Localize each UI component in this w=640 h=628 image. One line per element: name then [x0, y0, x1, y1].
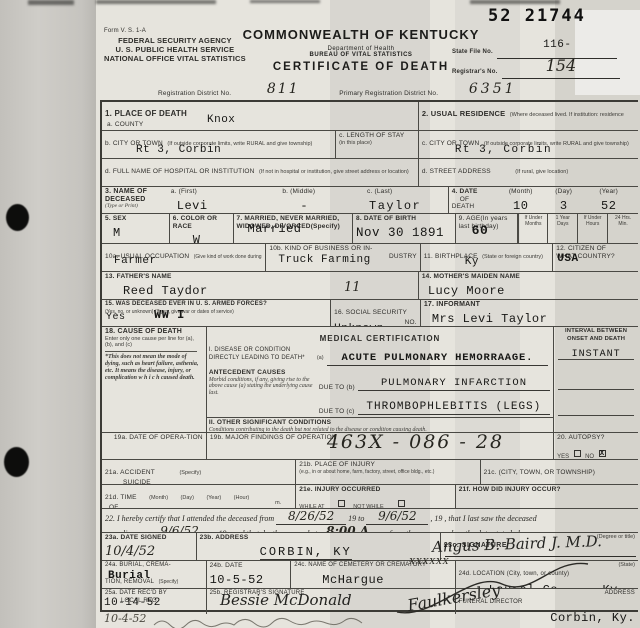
field-18-cause-of-death-sidebar: 18. CAUSE OF DEATH Enter only one cause … — [102, 327, 207, 432]
field-3c-last-name: c. (Last) Taylor — [364, 187, 449, 213]
field-13-father-name: 13. FATHER'S NAME Reed Taydor 11 — [102, 272, 419, 299]
field-21d-label-2: OF — [109, 504, 292, 508]
field-24b-date: 24b. DATE 10-5-52 — [207, 561, 292, 588]
field-14-value: Lucy Moore — [428, 284, 505, 298]
field-16-label: 16. SOCIAL SECURITY — [334, 309, 407, 316]
field-3b-label: b. (Middle) — [282, 188, 361, 196]
alive-on-blank: 9/6/52 — [147, 525, 213, 532]
field-22-text-4: alive on — [119, 529, 145, 532]
field-23b-address: 23b. ADDRESS CORBIN, KY — [197, 533, 441, 560]
field-23c-label: 23c. SIGNATURE — [444, 542, 507, 549]
field-21d-year-label: (Year) — [206, 495, 221, 501]
signature-line — [445, 556, 636, 557]
field-21d-day-label: (Day) — [181, 495, 194, 501]
form-number: Form V. S. 1-A — [104, 28, 246, 36]
field-21d-time-of-injury: 21d. TIME (Month) (Day) (Year) (Hour) OF… — [102, 485, 296, 508]
field-21a-note: (Specify) — [179, 470, 201, 476]
field-22-year-1: 19 — [348, 514, 356, 523]
certificate-header: Form V. S. 1-A FEDERAL SECURITY AGENCY U… — [96, 0, 640, 100]
agency-line-3: NATIONAL OFFICE VITAL STATISTICS — [104, 54, 246, 63]
punch-hole-top — [6, 204, 29, 231]
field-21e-label: 21e. INJURY OCCURRED — [299, 486, 451, 494]
field-24b-label: 24b. DATE — [210, 562, 288, 570]
field-13-handwritten-mark: 11 — [344, 280, 361, 295]
field-9-col4-bot: Min. — [611, 221, 635, 227]
due-to-c-label: DUE TO (c) — [319, 408, 355, 416]
field-24d-label: 24d. LOCATION (City, town, or county) — [459, 571, 570, 577]
field-4-day-value: 3 — [560, 199, 568, 213]
field-10a-occupation: 10a. USUAL OCCUPATION (Give kind of work… — [102, 244, 266, 271]
while-at-work-checkbox — [338, 500, 345, 507]
funeral-address-label: ADDRESS — [605, 590, 635, 598]
field-4-month-label: (Month) — [498, 188, 544, 196]
field-7-marital-status: 7. MARRIED, NEVER MARRIED, WIDOWED, DIVO… — [234, 214, 354, 243]
field-9-min-col: 24 Hrs. Min. — [608, 214, 638, 243]
field-9-days-col: 1 Year Days — [548, 214, 578, 243]
field-21a-accident-suicide-homicide: 21a. ACCIDENT (Specify) SUICIDE HOMICIDE — [102, 460, 296, 484]
bureau-subtitle: BUREAU OF VITAL STATISTICS — [236, 52, 486, 58]
field-19b-value: 463X - 086 - 28 — [327, 433, 504, 453]
registrar-no-value: 154 — [546, 56, 577, 75]
agency-line-2: U. S. PUBLIC HEALTH SERVICE — [104, 45, 246, 54]
illegible-handwriting — [152, 615, 382, 628]
field-22-year-2: , 19 — [430, 514, 442, 523]
field-1b-city: b. CITY OR TOWN (If outside corporate li… — [102, 131, 336, 158]
field-2-title: 2. USUAL RESIDENCE — [422, 109, 505, 118]
field-2c-value: Rt 3, Corbin — [455, 144, 552, 156]
field-4-year-label: (Year) — [584, 188, 634, 196]
field-24c-value: McHargue — [322, 573, 384, 587]
field-1c-length-of-stay: c. LENGTH OF STAY (in this place) — [336, 131, 419, 158]
primary-district-value: 6351 — [469, 81, 517, 97]
registrar-no-line: 154 — [502, 58, 620, 79]
field-4-year-value: 52 — [601, 199, 616, 213]
field-22-text-6: m., from the causes and on the date stat… — [378, 529, 535, 532]
field-23a-date-signed: 23a. DATE SIGNED 10/4/52 — [102, 533, 197, 560]
field-11-birthplace: 11. BIRTHPLACE (State or foreign country… — [421, 244, 554, 271]
field-22-text-5: , and that death occurred at — [229, 529, 318, 532]
field-20-label: 20. AUTOPSY? — [557, 434, 635, 442]
field-22-text-1: I hereby certify that I attended the dec… — [117, 514, 274, 523]
field-9-col1-bot: Months — [522, 221, 544, 227]
field-19a-label: 19a. DATE OF OPERA-TION — [105, 434, 203, 442]
field-4-label-3: DEATH — [452, 203, 498, 211]
field-3-note: (Type or Print) — [105, 203, 165, 209]
field-1a-value: Knox — [207, 114, 235, 126]
interval-line-c — [558, 415, 634, 416]
primary-district-line: 6351 — [443, 82, 543, 101]
field-24a-value: Burial — [108, 570, 151, 582]
medical-certification-main: MEDICAL CERTIFICATION I. DISEASE OR COND… — [207, 327, 554, 432]
field-1-title: 1. PLACE OF DEATH — [105, 110, 187, 118]
file-stamp-number: 52 21744 — [488, 6, 586, 26]
field-4-day-label: (Day) — [544, 188, 584, 196]
field-23c-degree-label: (Degree or title) — [597, 534, 635, 540]
field-24c-strike-mark: XXXXXX — [409, 557, 449, 566]
attended-to-value: 9/6/52 — [378, 509, 417, 523]
field-24d-state-label: (State) — [618, 562, 635, 568]
part1-label-2: DIRECTLY LEADING TO DEATH* — [209, 355, 317, 363]
scan-margin — [0, 0, 96, 628]
field-15-note: (Yes, no, or unknown) (If yes, give war … — [105, 309, 327, 315]
field-21b-place-of-injury: 21b. PLACE OF INJURY (e.g., in or about … — [296, 460, 480, 484]
attended-from-value: 8/26/52 — [288, 509, 334, 523]
field-21a-label-1: 21a. ACCIDENT — [105, 469, 175, 477]
field-9-value: 60 — [472, 223, 489, 238]
field-14-label: 14. MOTHER'S MAIDEN NAME — [422, 273, 635, 281]
field-22-number: 22. — [105, 514, 115, 523]
field-17-informant: 17. INFORMANT Mrs Levi Taylor — [421, 300, 638, 326]
autopsy-no-checkbox: X — [599, 450, 606, 457]
field-21c-injury-location: 21c. (CITY, TOWN, OR TOWNSHIP) (COUNTY) … — [481, 460, 638, 484]
field-20-autopsy: 20. AUTOPSY? YES NO X — [554, 433, 638, 459]
field-23a-value: 10/4/52 — [105, 544, 155, 559]
field-3a-value: Levi — [177, 199, 208, 213]
field-3a-label: a. (First) — [171, 188, 277, 196]
punch-hole-bottom — [4, 447, 29, 477]
field-22-text-3: , that I last saw the deceased — [444, 514, 536, 523]
registration-district-value: 811 — [267, 81, 300, 97]
field-3-title: 3. NAME OF DECEASED — [105, 188, 165, 203]
agency-line-1: FEDERAL SECURITY AGENCY — [104, 36, 246, 45]
field-7-value: Married — [248, 222, 302, 236]
field-15-label: 15. WAS DECEASED EVER IN U. S. ARMED FOR… — [105, 301, 327, 309]
attended-from-blank: 8/26/52 — [276, 510, 346, 525]
field-24a-label-1: 24a. BURIAL, CREMA- — [105, 562, 203, 570]
cause-a-value: ACUTE PULMONARY HEMORRAAGE. — [341, 352, 533, 364]
field-12-citizenship: 12. CITIZEN OF WHAT COUNTRY? USA — [553, 244, 638, 271]
field-23a-label: 23a. DATE SIGNED — [105, 534, 193, 542]
field-15-value: Yes — [106, 312, 126, 323]
autopsy-yes-checkbox — [574, 450, 581, 457]
field-21e-injury-occurred: 21e. INJURY OCCURRED WHILE AT NOT WHILE — [296, 485, 455, 508]
field-1d-note: (If not in hospital or institution, give… — [259, 169, 409, 175]
field-19a-date-of-operation: 19a. DATE OF OPERA-TION — [102, 433, 207, 459]
field-8-value: Nov 30 1891 — [356, 226, 444, 240]
registration-district-line: 811 — [236, 82, 331, 101]
field-5-sex: 5. SEX M — [102, 214, 170, 243]
field-3a-first-name: a. (First) Levi — [168, 187, 280, 213]
field-3c-label: c. (Last) — [367, 188, 445, 196]
interval-line-b — [558, 389, 634, 390]
autopsy-yes-label: YES — [557, 454, 569, 460]
interval-label-2: ONSET AND DEATH — [557, 336, 635, 344]
field-13-label: 13. FATHER'S NAME — [105, 273, 415, 281]
field-21d-hour-label: (Hour) — [234, 495, 250, 501]
part1-label-1: I. DISEASE OR CONDITION — [209, 347, 317, 355]
field-18-label: 18. CAUSE OF DEATH — [105, 328, 203, 336]
field-1b-value: Rt 3, Corbin — [136, 144, 221, 156]
field-9-age: 9. AGE(In years last birthday) 60 — [456, 214, 519, 243]
stamp-number-value: 52 21744 — [488, 6, 586, 26]
field-24b-value: 10-5-52 — [210, 573, 264, 587]
field-24d-location: 24d. LOCATION (City, town, or county) (S… — [456, 561, 638, 588]
field-25b-registrar-signature: 25b. REGISTRAR'S SIGNATURE — [207, 589, 456, 614]
field-1-place-of-death: 1. PLACE OF DEATH a. COUNTY Knox — [102, 102, 419, 130]
field-2d-street: d. STREET ADDRESS (If rural, give locati… — [419, 159, 638, 186]
field-1d-hospital: d. FULL NAME OF HOSPITAL OR INSTITUTION … — [102, 159, 419, 186]
field-21b-note: (e.g., in or about home, farm, factory, … — [299, 469, 476, 475]
field-14-mother-name: 14. MOTHER'S MAIDEN NAME Lucy Moore — [419, 272, 638, 299]
state-file-label: State File No. — [452, 49, 493, 57]
sidebar-divider — [105, 351, 197, 352]
attended-to-blank: 9/6/52 — [366, 510, 428, 525]
interval-label-1: INTERVAL BETWEEN — [557, 328, 635, 336]
alive-on-value: 9/6/52 — [160, 524, 199, 532]
due-to-b-label: DUE TO (b) — [319, 384, 355, 392]
field-1c-note: (in this place) — [339, 140, 415, 146]
field-11-note: (State or foreign country) — [482, 254, 543, 260]
field-3-name-label-block: 3. NAME OF DECEASED (Type or Print) — [102, 187, 168, 213]
field-21f-label: 21f. HOW DID INJURY OCCUR? — [459, 486, 635, 494]
field-19b-major-findings: 19b. MAJOR FINDINGS OF OPERATION 463X - … — [207, 433, 554, 459]
certificate-title: CERTIFICATE OF DEATH — [236, 61, 486, 73]
field-18-footnote: *This does not mean the mode of dying, s… — [105, 354, 203, 382]
field-3c-value: Taylor — [369, 199, 421, 213]
autopsy-no-label: NO — [585, 454, 594, 460]
death-time-value: 8:00 A — [326, 524, 369, 532]
field-4-label-1: 4. DATE — [452, 188, 498, 196]
field-25a-value: 10-14-52 — [104, 597, 161, 609]
field-17-value: Mrs Levi Taylor — [432, 312, 548, 326]
field-21f-how-injury-occurred: 21f. HOW DID INJURY OCCUR? — [456, 485, 638, 508]
field-3b-middle-name: b. (Middle) - — [279, 187, 364, 213]
field-12-label-1: 12. CITIZEN OF — [556, 245, 635, 253]
commonwealth-title: COMMONWEALTH OF KENTUCKY — [243, 27, 480, 42]
field-21b-label: 21b. PLACE OF INJURY — [299, 461, 476, 469]
field-25a-date-received: 25a. DATE REC'D BY LOCAL REG. 10-14-52 — [102, 589, 207, 614]
field-6-label: 6. COLOR OR RACE — [173, 215, 230, 230]
interval-line-a — [558, 359, 634, 360]
while-at-work-label: WHILE AT — [299, 504, 333, 509]
field-10b-industry: 10b. KIND OF BUSINESS OR IN- DUSTRY Truc… — [266, 244, 420, 271]
field-23b-value: CORBIN, KY — [260, 545, 352, 560]
field-6-value: W — [193, 233, 201, 243]
field-24d-state-value: Ky — [602, 583, 617, 588]
field-23b-label: 23b. ADDRESS — [200, 534, 437, 542]
part1-a-label: (a) — [317, 355, 324, 366]
field-9-months-col: If Under Months — [518, 214, 548, 243]
field-5-value: M — [113, 226, 121, 240]
funeral-director-label: FUNERAL DIRECTOR — [459, 599, 523, 605]
field-2d-label: d. STREET ADDRESS — [422, 168, 491, 176]
field-17-label: 17. INFORMANT — [424, 301, 635, 309]
field-1d-label: d. FULL NAME OF HOSPITAL OR INSTITUTION — [105, 168, 255, 176]
not-while-at-work-checkbox — [398, 500, 405, 507]
field-4-date-of-death: 4. DATE OF DEATH (Month) 10 (Day) 3 (Yea… — [449, 187, 638, 213]
medical-certification-title-text: MEDICAL CERTIFICATION — [320, 334, 441, 343]
field-23c-signature: 23c. SIGNATURE (Degree or title) — [441, 533, 638, 560]
field-8-date-of-birth: 8. DATE OF BIRTH Nov 30 1891 — [353, 214, 456, 243]
field-21d-m-label: m. — [275, 500, 281, 506]
interval-column: INTERVAL BETWEEN ONSET AND DEATH INSTANT — [554, 327, 638, 432]
other-significant-conditions-note: Conditions contributing to the death but… — [209, 427, 551, 433]
field-4-month-value: 10 — [513, 199, 528, 213]
field-5-label: 5. SEX — [105, 215, 166, 223]
certificate-form: 1. PLACE OF DEATH a. COUNTY Knox 2. USUA… — [100, 100, 638, 612]
funeral-director-block: FUNERAL DIRECTOR ADDRESS Corbin, Ky. — [456, 589, 638, 614]
registration-district-label: Registration District No. — [158, 90, 231, 98]
field-11-value: Ky — [465, 256, 479, 268]
field-1a-label: a. COUNTY — [107, 121, 415, 129]
scanned-death-certificate: Form V. S. 1-A FEDERAL SECURITY AGENCY U… — [0, 0, 640, 628]
field-9-col2-bot: Days — [551, 221, 574, 227]
registrar-no-label: Registrar's No. — [452, 69, 497, 77]
cause-c-value: THROMBOPHLEBITIS (LEGS) — [366, 401, 541, 413]
field-10a-value: Farmer — [114, 255, 157, 267]
field-2c-city: c. CITY OR TOWN (If outside corporate li… — [419, 131, 638, 158]
other-significant-conditions-label: II. OTHER SIGNIFICANT CONDITIONS — [209, 419, 551, 427]
field-22-to: to — [358, 514, 364, 523]
antecedent-causes-label: ANTECEDENT CAUSES — [209, 369, 317, 377]
field-3b-value: - — [300, 199, 308, 213]
field-10b-value: Truck Farming — [278, 254, 370, 266]
field-6-color-or-race: 6. COLOR OR RACE W — [170, 214, 234, 243]
state-file-value: 116- — [543, 39, 571, 51]
field-8-label: 8. DATE OF BIRTH — [356, 215, 452, 223]
field-22-certification: 22. I hereby certify that I attended the… — [102, 509, 638, 532]
field-9-hours-col: If Under Hours — [578, 214, 608, 243]
field-4-label-2: OF — [460, 196, 498, 204]
field-15-war-value: WW I — [154, 308, 185, 322]
field-25b-label: 25b. REGISTRAR'S SIGNATURE — [210, 590, 452, 598]
field-1c-label: c. LENGTH OF STAY — [339, 132, 415, 140]
field-18-note: Enter only one cause per line for (a), (… — [105, 336, 203, 348]
primary-district-label: Primary Registration District No. — [339, 90, 438, 98]
field-24c-cemetery: 24c. NAME OF CEMETERY OR CREMATORY XXXXX… — [291, 561, 455, 588]
field-21d-label-1: 21d. TIME — [105, 494, 137, 502]
field-2-usual-residence: 2. USUAL RESIDENCE (Where deceased lived… — [419, 102, 638, 130]
antecedent-causes-note: Morbid conditions, if any, giving rise t… — [209, 377, 317, 397]
field-21a-label-2: SUICIDE — [123, 479, 292, 484]
funeral-address-value: Corbin, Ky. — [550, 611, 635, 625]
field-24a-note: (Specify) — [159, 579, 179, 585]
field-10b-label-1: 10b. KIND OF BUSINESS OR IN- — [269, 245, 416, 253]
field-21d-month-label: (Month) — [149, 495, 168, 501]
field-16-social-security: 16. SOCIAL SECURITY NO. Unknown — [331, 300, 421, 326]
field-16-no-label: NO. — [405, 319, 417, 326]
field-22-year-3: , 19 — [215, 529, 227, 532]
field-9-col3-bot: Hours — [581, 221, 604, 227]
cause-b-value: PULMONARY INFARCTION — [381, 377, 527, 389]
field-21c-label: 21c. (CITY, TOWN, OR TOWNSHIP) — [484, 469, 596, 476]
field-15-armed-forces: 15. WAS DECEASED EVER IN U. S. ARMED FOR… — [102, 300, 331, 326]
field-24a-burial: 24a. BURIAL, CREMA- TION, REMOVAL (Speci… — [102, 561, 207, 588]
field-12-value: USA — [557, 253, 578, 265]
field-24d-value: Laurel Co — [489, 583, 558, 588]
death-time-blank: 8:00 A — [320, 525, 376, 532]
field-2d-note: (If rural, give location) — [515, 169, 568, 175]
field-13-value: Reed Taydor — [123, 284, 208, 298]
field-9-label-1: 9. AGE(In years — [459, 215, 515, 223]
not-while-at-work-label: NOT WHILE — [353, 504, 393, 509]
